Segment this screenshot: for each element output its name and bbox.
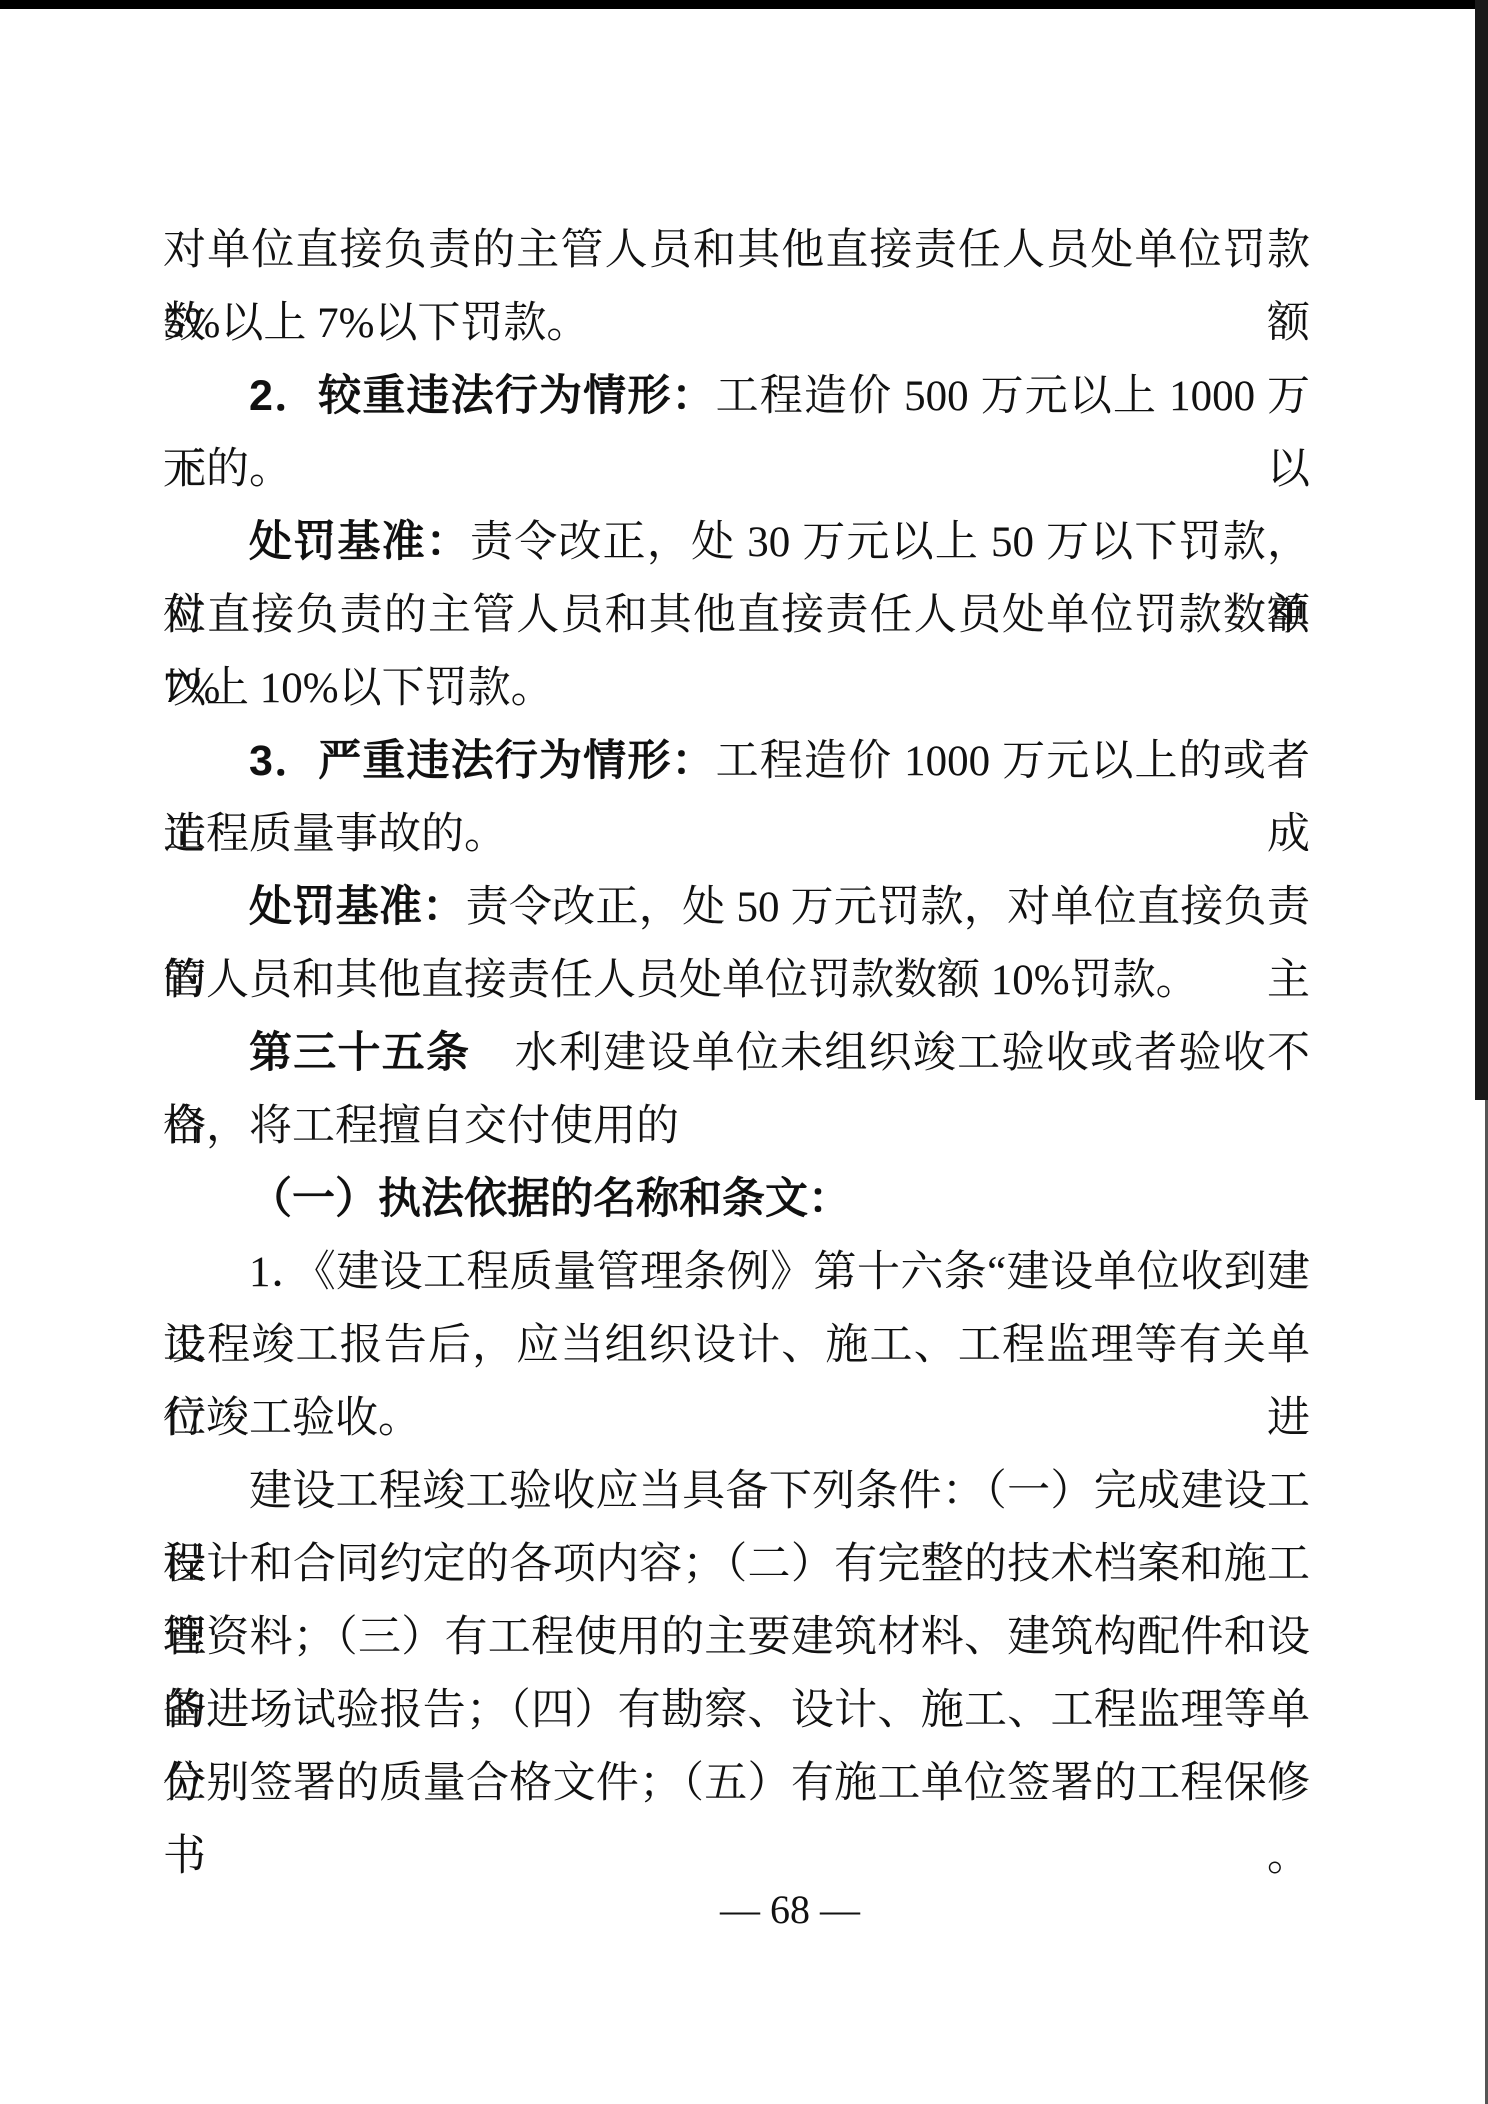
text-segment: 管人员和其他直接责任人员处单位罚款数额 10%罚款。 [163,957,1199,1004]
bold-text-segment: （一）执法依据的名称和条文： [249,1175,851,1223]
bold-text-segment: 处罚基准： [249,518,470,566]
document-line: 处罚基准：责令改正，处 50 万元罚款，对单位直接负责的主 [163,871,1310,944]
scan-edge-top [0,0,1488,9]
document-line: 理资料；（三）有工程使用的主要建筑材料、建筑构配件和设备 [163,1601,1310,1674]
document-line: 格，将工程擅自交付使用的 [163,1090,1310,1163]
document-line: 管人员和其他直接责任人员处单位罚款数额 10%罚款。 [163,944,1310,1017]
text-segment: 工程质量事故的。 [163,811,507,858]
text-segment: 格，将工程擅自交付使用的 [163,1103,679,1150]
text-segment: 下的。 [163,446,292,493]
document-line: 位直接负责的主管人员和其他直接责任人员处单位罚款数额 7% [163,579,1310,652]
text-segment: 分别签署的质量合格文件；（五）有施工单位签署的工程保修书。 [163,1760,1310,1880]
document-line: 的进场试验报告；（四）有勘察、设计、施工、工程监理等单位 [163,1674,1310,1747]
bold-text-segment: 第三十五条 [249,1029,470,1077]
document-line: 工程竣工报告后，应当组织设计、施工、工程监理等有关单位进 [163,1309,1310,1382]
page-number: — 68 — [720,1882,860,1938]
bold-text-segment: 处罚基准： [249,883,466,931]
document-line: 建设工程竣工验收应当具备下列条件：（一）完成建设工程 [163,1455,1310,1528]
scan-edge-right-thick [1475,0,1488,1100]
document-body: 对单位直接负责的主管人员和其他直接责任人员处单位罚款数额5%以上 7%以下罚款。… [163,214,1310,1820]
document-line: 1．《建设工程质量管理条例》第十六条“建设单位收到建设 [163,1236,1310,1309]
text-segment: 5%以上 7%以下罚款。 [163,300,589,347]
document-line: 对单位直接负责的主管人员和其他直接责任人员处单位罚款数额 [163,214,1310,287]
document-line: （一）执法依据的名称和条文： [163,1163,1310,1236]
document-line: 2．较重违法行为情形：工程造价 500 万元以上 1000 万元以 [163,360,1310,433]
document-line: 处罚基准：责令改正，处 30 万元以上 50 万以下罚款，对单 [163,506,1310,579]
document-line: 第三十五条 水利建设单位未组织竣工验收或者验收不合 [163,1017,1310,1090]
document-line: 设计和合同约定的各项内容；（二）有完整的技术档案和施工管 [163,1528,1310,1601]
bold-text-segment: 3．严重违法行为情形： [249,737,716,785]
text-segment: 以上 10%以下罚款。 [163,665,554,712]
document-line: 3．严重违法行为情形：工程造价 1000 万元以上的或者造成 [163,725,1310,798]
text-segment: 行竣工验收。 [163,1395,421,1442]
scanned-document-page: 对单位直接负责的主管人员和其他直接责任人员处单位罚款数额5%以上 7%以下罚款。… [0,0,1488,2104]
document-line: 以上 10%以下罚款。 [163,652,1310,725]
bold-text-segment: 2．较重违法行为情形： [249,372,716,420]
document-line: 分别签署的质量合格文件；（五）有施工单位签署的工程保修书。 [163,1747,1310,1820]
